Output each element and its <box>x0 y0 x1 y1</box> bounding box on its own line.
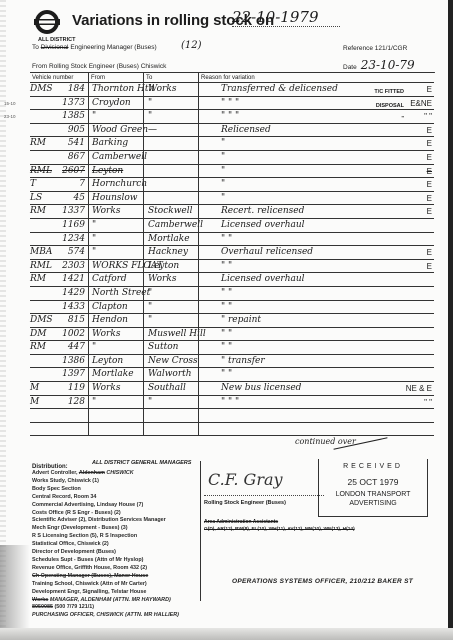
from-garage: Works <box>88 328 143 341</box>
to-garage <box>143 137 198 150</box>
to-garage: " <box>143 287 198 300</box>
vehicle-number: RM541 <box>30 137 88 150</box>
to-garage <box>143 423 198 436</box>
table-row: RM1421CatfordWorksLicensed overhaul <box>30 273 434 287</box>
to-garage <box>143 409 198 422</box>
struck-area-admin: Area Administration Assistants <box>204 519 278 525</box>
to-garage: Southall <box>143 382 198 395</box>
london-transport-roundel-icon <box>34 9 60 35</box>
from-garage: Works <box>88 205 143 218</box>
code: E <box>427 124 432 137</box>
reason: " " <box>198 341 434 354</box>
code: E <box>427 192 432 205</box>
table-row: 1373Croydon"" " "DISPOSALE&NE15-10 <box>30 97 434 111</box>
reason: " " "" " <box>198 396 434 409</box>
reason: "E <box>198 165 434 178</box>
table-row: M119WorksSouthallNew bus licensedNE & E <box>30 382 434 396</box>
to-garage: New Cross <box>143 355 198 368</box>
table-row <box>30 409 434 423</box>
signature-label: Rolling Stock Engineer (Buses) <box>204 500 286 506</box>
vehicle-number: 867 <box>30 151 88 164</box>
vehicle-number: 1386 <box>30 355 88 368</box>
vehicle-number: DMS184 <box>30 83 88 96</box>
to-garage: " <box>143 314 198 327</box>
page-edge-left <box>0 0 6 640</box>
to-garage: Works <box>143 273 198 286</box>
from-garage: " <box>88 341 143 354</box>
vehicle-number: RML2607 <box>30 165 88 178</box>
code: E <box>427 205 432 218</box>
signature: C.F. Gray <box>208 470 283 489</box>
from-garage: Leyton <box>88 355 143 368</box>
reason: "E <box>198 137 434 150</box>
from-garage: Clapton <box>88 301 143 314</box>
vehicle-number: M128 <box>30 396 88 409</box>
distribution-item: Revenue Office, Griffith House, Room 432… <box>32 565 179 573</box>
vehicle-number: RM447 <box>30 341 88 354</box>
table-row: 1385""" " """ "23-10 <box>30 110 434 124</box>
from-garage: Hounslow <box>88 192 143 205</box>
reason: " " "DISPOSALE&NE <box>198 97 434 110</box>
distribution-item: Scientific Adviser (2), Distribution Ser… <box>32 517 179 525</box>
to-garage: Hackney <box>143 246 198 259</box>
vehicle-number: 1385 <box>30 110 88 123</box>
distribution-item: Advert Controller, Aldenham CHISWICK <box>32 470 179 478</box>
header-from: From <box>88 73 143 82</box>
from-garage: Catford <box>88 273 143 286</box>
reason: " " """ " <box>198 110 434 123</box>
vehicle-number: M119 <box>30 382 88 395</box>
distribution-list: Advert Controller, Aldenham CHISWICKWork… <box>32 470 179 620</box>
vehicle-number: 1234 <box>30 233 88 246</box>
reason: " " <box>198 233 434 246</box>
from-garage: Camberwell <box>88 151 143 164</box>
from-garage: " <box>88 396 143 409</box>
from-garage: WORKS FLOAT <box>88 260 143 273</box>
distribution-item: Statistical Office, Chiswick (2) <box>32 541 179 549</box>
header-vehicle-number: Vehicle number <box>30 73 88 82</box>
reason: Licensed overhaul <box>198 219 434 232</box>
to-garage: Mortlake <box>143 233 198 246</box>
from-garage: North Street <box>88 287 143 300</box>
vehicle-number: 1397 <box>30 368 88 381</box>
reason: Recert. relicensedE <box>198 205 434 218</box>
vehicle-number: 1429 <box>30 287 88 300</box>
table-row: 1169"CamberwellLicensed overhaul <box>30 219 434 233</box>
reason: RelicensedE <box>198 124 434 137</box>
from-garage <box>88 409 143 422</box>
to-garage <box>143 151 198 164</box>
vehicle-number: 905 <box>30 124 88 137</box>
from-garage: Leyton <box>88 165 143 178</box>
code: E <box>427 151 432 164</box>
to-garage: " <box>143 301 198 314</box>
code: NE & E <box>406 382 432 395</box>
vehicle-number: DMS815 <box>30 314 88 327</box>
stamp-date: 25 OCT 1979 <box>319 477 427 487</box>
distribution-item: Body Spec Section <box>32 486 179 494</box>
distribution-item: Works MANAGER, ALDENHAM (ATTN. MR HAYWAR… <box>32 597 179 605</box>
reason: "E <box>198 151 434 164</box>
reason: Transferred & delicensedT/C FITTEDE <box>198 83 434 96</box>
distribution-item: Commercial Advertising, Lindsay House (7… <box>32 502 179 510</box>
reason: "E <box>198 192 434 205</box>
distribution-item: Schedules Supt - Buses (Attn of Mr Hyslo… <box>32 557 179 565</box>
table-row: T7Hornchurch"E <box>30 178 434 192</box>
code: E <box>427 260 432 273</box>
from-garage: " <box>88 219 143 232</box>
table-row: RM541Barking"E <box>30 137 434 151</box>
to-garage: " <box>143 110 198 123</box>
signature-line <box>204 495 324 496</box>
vehicle-number: RM1337 <box>30 205 88 218</box>
from-garage: " <box>88 110 143 123</box>
to-garage: Walworth <box>143 368 198 381</box>
distribution-item: Mech Engr (Development - Buses) (3) <box>32 525 179 533</box>
table-row: RM447"Sutton" " <box>30 341 434 355</box>
sheet-number: (12) <box>181 40 202 51</box>
reason <box>198 409 434 422</box>
distribution-item: Ch Operating Manager (Buses), Manor Hous… <box>32 573 179 581</box>
from-garage <box>88 423 143 436</box>
table-row: 1429North Street"" " <box>30 287 434 301</box>
reference: Reference 121/1/CGR <box>343 45 407 52</box>
struck-area-codes: G(D), AR(12), BW(8), FL(10), WH(11), AV(… <box>204 527 355 532</box>
distribution-item: PURCHASING OFFICER, CHISWICK (ATTN. MR H… <box>32 612 179 620</box>
variations-table: Vehicle number From To Reason for variat… <box>30 72 434 436</box>
all-district-note: ALL DISTRICT <box>38 37 75 43</box>
table-row <box>30 423 434 437</box>
vehicle-number: RM1421 <box>30 273 88 286</box>
margin-note: 23-10 <box>4 114 16 119</box>
reason: " " <box>198 301 434 314</box>
stamp-organisation: LONDON TRANSPORT ADVERTISING <box>319 490 427 508</box>
to-garage: — <box>143 124 198 137</box>
code: E <box>427 246 432 259</box>
from-garage: Works <box>88 382 143 395</box>
table-header: Vehicle number From To Reason for variat… <box>30 72 434 83</box>
to-garage: Camberwell <box>143 219 198 232</box>
from-garage: Wood Green <box>88 124 143 137</box>
code: " " <box>424 396 432 409</box>
to-garage: " <box>143 396 198 409</box>
table-row: MBA574"HackneyOverhaul relicensedE <box>30 246 434 260</box>
to-garage <box>143 165 198 178</box>
distribution-item: R S Licensing Section (5), R S Inspectio… <box>32 533 179 541</box>
reason: " "E <box>198 260 434 273</box>
table-row: 867Camberwell"E <box>30 151 434 165</box>
code: E&NE <box>410 97 432 110</box>
vehicle-number <box>30 409 88 422</box>
table-row: DM1002WorksMuswell Hill" " <box>30 328 434 342</box>
table-row: 905Wood Green—RelicensedE <box>30 124 434 138</box>
distribution-handwritten-addition: ALL DISTRICT GENERAL MANAGERS <box>92 460 191 466</box>
table-row: 1234"Mortlake" " <box>30 233 434 247</box>
vehicle-number: 1169 <box>30 219 88 232</box>
operations-systems-officer-note: OPERATIONS SYSTEMS OFFICER, 210/212 BAKE… <box>232 578 413 585</box>
table-row: DMS815Hendon"" repaint <box>30 314 434 328</box>
table-row: DMS184Thornton HthWorksTransferred & del… <box>30 83 434 97</box>
table-row: LS45Hounslow"E <box>30 192 434 206</box>
stamp-received: RECEIVED <box>319 463 427 470</box>
to-garage: Leyton <box>143 260 198 273</box>
date-line: Date23-10-79 <box>343 58 435 73</box>
reason <box>198 423 434 436</box>
table-row: 1433Clapton"" " <box>30 301 434 315</box>
margin-note: 15-10 <box>4 101 16 106</box>
from-garage: Hornchurch <box>88 178 143 191</box>
to-garage: Stockwell <box>143 205 198 218</box>
title-date: 22-10-1979 <box>232 8 340 27</box>
to-garage <box>143 178 198 191</box>
table-row: M128""" " "" " <box>30 396 434 410</box>
to-garage: " <box>143 97 198 110</box>
code: E <box>427 83 432 96</box>
reason: Licensed overhaul <box>198 273 434 286</box>
reason: " " <box>198 328 434 341</box>
scan-shadow <box>0 545 30 640</box>
from-garage: Barking <box>88 137 143 150</box>
vehicle-number: RML2303 <box>30 260 88 273</box>
vehicle-number: 1433 <box>30 301 88 314</box>
reason: "E <box>198 178 434 191</box>
reason: " repaint <box>198 314 434 327</box>
table-row: 1397MortlakeWalworth" " <box>30 368 434 382</box>
from-garage: Hendon <box>88 314 143 327</box>
table-row: 1386LeytonNew Cross" transfer <box>30 355 434 369</box>
vehicle-number: MBA574 <box>30 246 88 259</box>
to-garage: Muswell Hill <box>143 328 198 341</box>
reason: New bus licensedNE & E <box>198 382 434 395</box>
to-line: To Divisional Engineering Manager (Buses… <box>32 44 157 51</box>
code: E <box>427 165 432 178</box>
table-row: RML2303WORKS FLOATLeyton" "E <box>30 260 434 274</box>
from-garage: Thornton Hth <box>88 83 143 96</box>
code: E <box>427 137 432 150</box>
distribution-item: Costs Office (R S Engr - Buses) (2) <box>32 510 179 518</box>
distribution-item: 8050085 (500 7/79 121/1) <box>32 604 179 612</box>
from-garage: Croydon <box>88 97 143 110</box>
document-page: Variations in rolling stock on 22-10-197… <box>0 0 453 640</box>
distribution-item: Development Engr, Signalling, Telstar Ho… <box>32 589 179 597</box>
code: E <box>427 178 432 191</box>
vehicle-number: DM1002 <box>30 328 88 341</box>
reason: " " <box>198 368 434 381</box>
vehicle-number: T7 <box>30 178 88 191</box>
from-garage: Mortlake <box>88 368 143 381</box>
continued-over-note: continued over <box>295 437 356 446</box>
page-edge-right <box>448 0 453 640</box>
from-garage: " <box>88 246 143 259</box>
distribution-item: Training School, Chiswick (Attn of Mr Ca… <box>32 581 179 589</box>
table-row: RM1337WorksStockwellRecert. relicensedE <box>30 205 434 219</box>
distribution-item: Works Study, Chiswick (1) <box>32 478 179 486</box>
received-stamp: RECEIVED 25 OCT 1979 LONDON TRANSPORT AD… <box>318 459 428 517</box>
reason: " transfer <box>198 355 434 368</box>
vehicle-number: 1373 <box>30 97 88 110</box>
to-garage: Sutton <box>143 341 198 354</box>
vehicle-number: LS45 <box>30 192 88 205</box>
from-line: From Rolling Stock Engineer (Buses) Chis… <box>32 63 166 70</box>
table-row: RML2607Leyton"E <box>30 165 434 179</box>
code: " " <box>424 110 432 123</box>
from-garage: " <box>88 233 143 246</box>
header-reason: Reason for variation <box>198 73 434 82</box>
header-to: To <box>143 73 198 82</box>
to-garage <box>143 192 198 205</box>
vehicle-number <box>30 423 88 436</box>
reason: Overhaul relicensedE <box>198 246 434 259</box>
reason: " " <box>198 287 434 300</box>
to-garage: Works <box>143 83 198 96</box>
distribution-item: Director of Development (Buses) <box>32 549 179 557</box>
distribution-item: Central Record, Room 34 <box>32 494 179 502</box>
scan-edge-bottom <box>0 628 453 640</box>
